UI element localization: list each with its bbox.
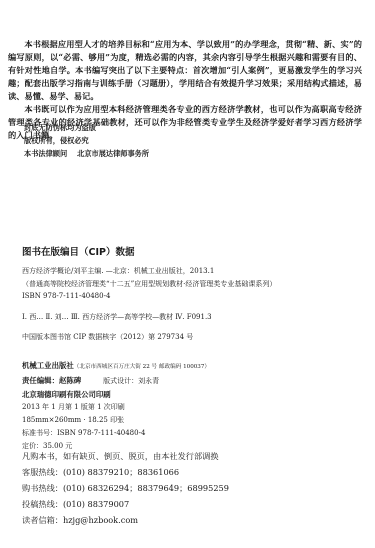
legal-advisor: 本书法律顾问北京市展达律师事务所 [24,147,149,160]
publisher-name: 机械工业出版社 [22,361,74,370]
editor: 责任编辑：赵陈碑 [22,376,81,385]
cip-isbn: ISBN 978-7-111-40480-4 [22,290,372,303]
service-hotline: 客服热线：(010) 88379210；88361066 [22,464,229,480]
anti-piracy-notice: 封底无防伪标均为盗版 [24,121,149,134]
designer: 版式设计：刘永青 [103,377,159,385]
staff-line: 责任编辑：赵陈碑版式设计：刘永青 [22,374,372,388]
publisher-address: （北京市西城区百万庄大街 22 号 邮政编码 100037） [74,364,210,370]
publication-info: 机械工业出版社（北京市西城区百万庄大街 22 号 邮政编码 100037） 责任… [22,359,372,453]
legal-firm: 北京市展达律师事务所 [77,149,149,158]
cip-data-block: 西方经济学概论/刘平主编. —北京：机械工业出版社，2013.1 （普通高等院校… [22,265,372,344]
cip-heading: 图书在版编目（CIP）数据 [22,244,134,258]
standard-isbn: 标准书号：ISBN 978-7-111-40480-4 [22,427,372,440]
description-paragraph: 本书根据应用型人才的培养目标和“应用为本、学以致用”的办学理念，贯彻“精、新、实… [8,38,362,103]
copyright-page: 本书根据应用型人才的培养目标和“应用为本、学以致用”的办学理念，贯彻“精、新、实… [0,0,375,548]
cip-number: 中国版本图书馆 CIP 数据核字（2012）第 279734 号 [22,331,372,344]
publisher-line: 机械工业出版社（北京市西城区百万庄大街 22 号 邮政编码 100037） [22,359,372,374]
printer: 北京瑞德印刷有限公司印刷 [22,388,372,401]
purchase-hotline: 购书热线：(010) 68326294；88379649；68995259 [22,480,229,496]
defects-notice: 凡购本书，如有缺页、倒页、脱页，由本社发行部调换 [22,448,229,464]
format: 185mm×260mm · 18.25 印张 [22,414,372,427]
submission-hotline: 投稿热线：(010) 88379007 [22,496,229,512]
legal-notices: 封底无防伪标均为盗版 版权所有，侵权必究 本书法律顾问北京市展达律师事务所 [24,121,149,160]
copyright-notice: 版权所有，侵权必究 [24,134,149,147]
cip-series-line: （普通高等院校经济管理类“十二五”应用型规划教材·经济管理类专业基础课系列） [22,278,372,291]
cip-classification: Ⅰ. 西… Ⅱ. 刘… Ⅲ. 西方经济学—高等学校—教材 Ⅳ. F091.3 [22,311,372,324]
contact-info: 凡购本书，如有缺页、倒页、脱页，由本社发行部调换 客服热线：(010) 8837… [22,448,229,528]
cip-bibliographic-line: 西方经济学概论/刘平主编. —北京：机械工业出版社，2013.1 [22,265,372,278]
edition: 2013 年 1 月第 1 版第 1 次印刷 [22,401,372,414]
legal-advisor-label: 本书法律顾问 [24,149,67,158]
reader-email: 读者信箱：hzjg@hzbook.com [22,512,229,528]
